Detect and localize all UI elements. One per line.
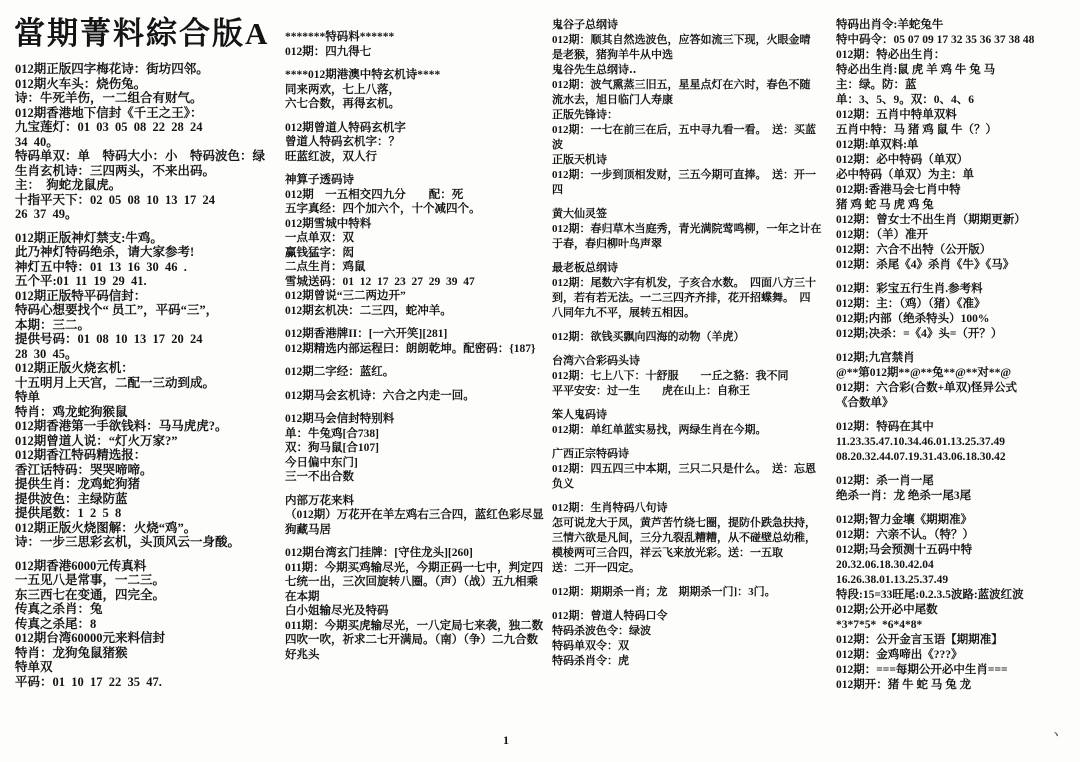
text-line: 赢钱猛字：闳 bbox=[285, 246, 547, 261]
text-line: 012期：一七在前三在后，五中寻九看一看。 送：买蓝 bbox=[552, 123, 834, 138]
text-line: 012期:单双料:单 bbox=[836, 138, 1078, 153]
text-line: 26 37 49。 bbox=[15, 207, 275, 222]
line-gap bbox=[552, 399, 834, 408]
text-line: 雪城送码：01 12 17 23 27 29 39 47 bbox=[285, 275, 547, 290]
text-line: 012期正版特平码信封： bbox=[15, 289, 275, 304]
text-line: 特码心想要找个“ 员工”，平码“三”， bbox=[15, 303, 275, 318]
text-line: 34 40。 bbox=[15, 135, 275, 150]
text-line: 白小姐输尽光及特码 bbox=[285, 604, 547, 619]
text-line: 单：牛兔鸡[合738] bbox=[285, 427, 547, 442]
text-line: 012期正版四字梅花诗：街坊四邻。 bbox=[15, 62, 275, 77]
text-line: 012期：曾道人特码口令 bbox=[552, 609, 834, 624]
text-line: 012期曾道人特码玄机字 bbox=[285, 121, 547, 136]
text-line: 此乃神灯特码绝杀，请大家参考! bbox=[15, 245, 275, 260]
text-line: 在本期 bbox=[285, 590, 547, 605]
text-line: 怎可说龙大于凤，黄芦苦竹绕七圈，提防仆跌急扶持， bbox=[552, 516, 834, 531]
text-line: 012期：必中特码（单双） bbox=[836, 153, 1078, 168]
text-line: 012期：杀尾《4》杀肖《牛》《马》 bbox=[836, 258, 1078, 273]
text-line: 012期曾说“三二两边开” bbox=[285, 289, 547, 304]
text-line: 诗：一步三思彩玄机，头顶风云一身酸。 bbox=[15, 535, 275, 550]
text-line: 012期正版火烧玄机： bbox=[15, 361, 275, 376]
text-line: 012期：生肖特码八句诗 bbox=[552, 501, 834, 516]
line-gap bbox=[552, 576, 834, 585]
text-line: 神灯五中特：01 13 16 30 46 . bbox=[15, 260, 275, 275]
text-line: 正版先锋诗： bbox=[552, 108, 834, 123]
text-line: 内部万花来料 bbox=[285, 494, 547, 509]
text-line: 双：狗马鼠[合107] bbox=[285, 441, 547, 456]
text-line: 012期：彩宝五行生肖.参考料 bbox=[836, 282, 1078, 297]
text-line: 提供生肖：龙鸡蛇狗猪 bbox=[15, 477, 275, 492]
text-line: 流水去，旭日临门人寿康 bbox=[552, 93, 834, 108]
text-line: 于春，春归柳叶鸟声翠 bbox=[552, 237, 834, 252]
text-line: 012期台湾60000元来料信封 bbox=[15, 631, 275, 646]
text-line: 黄大仙灵签 bbox=[552, 207, 834, 222]
line-gap bbox=[285, 537, 547, 546]
text-line: 五字真经：四个加六个，十个减四个。 bbox=[285, 202, 547, 217]
text-line: 012期：七上八下：十舒服 一丘之貉：我不同 bbox=[552, 369, 834, 384]
text-line: 四吹一吹，祈求二七开满局。（南）（争）二九合数 bbox=[285, 633, 547, 648]
text-line: 012期：四九得七 bbox=[285, 45, 547, 60]
text-line: 012期;内部（绝杀特头）100% bbox=[836, 312, 1078, 327]
text-line: 旺蓝红波，双人行 bbox=[285, 150, 547, 165]
text-line: 012期：===每期公开必中生肖=== bbox=[836, 663, 1078, 678]
text-line: 七统一出，三次回旋转八圈。（声）（战）五九相乘 bbox=[285, 575, 547, 590]
text-line: 特单 bbox=[15, 390, 275, 405]
text-line: 012期香港6000元传真料 bbox=[15, 559, 275, 574]
text-line: 012期：波气熏蒸三旧五，星星点灯在六时，春色不随 bbox=[552, 78, 834, 93]
text-line: 特码杀波色令：绿波 bbox=[552, 624, 834, 639]
text-line: 五肖中特：马 猪 鸡 鼠 牛（？） bbox=[836, 123, 1078, 138]
text-line: 011期：今期买鸡输尽光，今期正码一七中，判定四 bbox=[285, 561, 547, 576]
text-line: 012期香港第一手欲钱料：马马虎虎?。 bbox=[15, 419, 275, 434]
line-gap bbox=[552, 492, 834, 501]
text-line: 012期：顺其自然选波色，应答如流三下现，火眼金晴 bbox=[552, 33, 834, 48]
text-line: 特码杀肖令：虎 bbox=[552, 654, 834, 669]
text-line: 012期;九宫禁肖 bbox=[836, 351, 1078, 366]
text-line: 负义 bbox=[552, 477, 834, 492]
text-line: 波 bbox=[552, 138, 834, 153]
text-line: 绝杀一肖：龙 绝杀一尾3尾 bbox=[836, 489, 1078, 504]
text-line: 012期：特码在其中 bbox=[836, 420, 1078, 435]
text-line: 模棱两可三合四，祥云飞来放光彩。送：一五取 bbox=[552, 546, 834, 561]
line-gap bbox=[285, 164, 547, 173]
line-gap bbox=[552, 252, 834, 261]
text-line: 012期：欲钱买飘向四海的动物（羊虎） bbox=[552, 330, 834, 345]
line-gap bbox=[552, 198, 834, 207]
scan-artifact-mark: ヽ bbox=[1051, 726, 1061, 741]
text-line: 20.32.06.18.30.42.04 bbox=[836, 558, 1078, 573]
text-line: 提供尾数：1 2 5 8 bbox=[15, 506, 275, 521]
text-line: 012期：六亲不认。（特？） bbox=[836, 528, 1078, 543]
line-gap bbox=[15, 550, 275, 559]
text-line: 11.23.35.47.10.34.46.01.13.25.37.49 bbox=[836, 435, 1078, 450]
text-line: *3*7*5* *6*4*8* bbox=[836, 618, 1078, 633]
text-line: 16.26.38.01.13.25.37.49 bbox=[836, 573, 1078, 588]
column-3-poem-materials: 鬼谷子总纲诗012期：顺其自然选波色，应答如流三下现，火眼金晴是老猴，猪狗羊牛从… bbox=[552, 18, 834, 669]
text-line: 012期香港地下信封《千王之王》： bbox=[15, 106, 275, 121]
line-gap bbox=[836, 273, 1078, 282]
line-gap bbox=[285, 112, 547, 121]
text-line: 012期：一步到顶相发财，三五今期可直捧。 送：开一 bbox=[552, 168, 834, 183]
page-number: 1 bbox=[503, 733, 509, 748]
line-gap bbox=[285, 356, 547, 365]
text-line: 012期玄机决：二三四，蛇冲羊。 bbox=[285, 304, 547, 319]
text-line: 特码单双：单 特码大小：小 特码波色：绿 bbox=[15, 149, 275, 164]
text-line: 012期精选内部运程曰：朗朗乾坤。配密码：{187} bbox=[285, 342, 547, 357]
text-line: 012期：曾女士不出生肖（期期更新） bbox=[836, 213, 1078, 228]
text-line: 单：3、5、9。双：0、4、6 bbox=[836, 93, 1078, 108]
text-line: 曾道人特码玄机字：？ bbox=[285, 135, 547, 150]
text-line: 012期：五肖中特单双料 bbox=[836, 108, 1078, 123]
text-line: 特码出肖令:羊蛇兔牛 bbox=[836, 18, 1078, 33]
line-gap bbox=[552, 345, 834, 354]
text-line: 同来两欢，七上八落， bbox=[285, 83, 547, 98]
text-line: 六七合数，再得玄机。 bbox=[285, 97, 547, 112]
line-gap bbox=[15, 222, 275, 231]
text-line: 十指平天下：02 05 08 10 13 17 24 bbox=[15, 193, 275, 208]
text-line: 主：绿。防：蓝 bbox=[836, 78, 1078, 93]
text-line: 猪 鸡 蛇 马 虎 鸡 兔 bbox=[836, 198, 1078, 213]
text-line: 012期：六合彩(合数+单双)怪异公式 bbox=[836, 381, 1078, 396]
line-gap bbox=[836, 342, 1078, 351]
text-line: 三一不出合数 bbox=[285, 470, 547, 485]
page-title: 當期菁料綜合版A bbox=[14, 8, 269, 53]
lottery-tip-sheet-page: 當期菁料綜合版A 012期正版四字梅花诗：街坊四邻。012期火车头：烧伤兔。诗：… bbox=[0, 0, 1080, 762]
text-line: 笨人鬼码诗 bbox=[552, 408, 834, 423]
text-line: 012期台湾玄门挂牌：[守住龙头][260] bbox=[285, 546, 547, 561]
text-line: 九宝莲灯：01 03 05 08 22 28 24 bbox=[15, 120, 275, 135]
text-line: 平平安安：过一生 虎在山上：自称王 bbox=[552, 384, 834, 399]
text-line: 本期：三二。 bbox=[15, 318, 275, 333]
column-1-hongkong-materials: 012期正版四字梅花诗：街坊四邻。012期火车头：烧伤兔。诗：牛死羊伤，一二组合… bbox=[15, 62, 275, 689]
text-line: 012期：杀一肖一尾 bbox=[836, 474, 1078, 489]
text-line: 台湾六合彩码头诗 bbox=[552, 354, 834, 369]
text-line: 012期：尾数六字有机发，子亥合水数。 四面八方三十 bbox=[552, 276, 834, 291]
text-line: 正版天机诗 bbox=[552, 153, 834, 168]
text-line: 012期马会信封特别料 bbox=[285, 412, 547, 427]
text-line: 012期:香港马会七肖中特 bbox=[836, 183, 1078, 198]
text-line: 012期火车头：烧伤兔。 bbox=[15, 77, 275, 92]
line-gap bbox=[552, 600, 834, 609]
text-line: 012期：春归草木当庭秀，青光满院莺鸣柳，一年之计在 bbox=[552, 222, 834, 237]
text-line: 广西正宗特码诗 bbox=[552, 447, 834, 462]
text-line: 五个平:01 11 19 29 41. bbox=[15, 274, 275, 289]
text-line: 特必出生肖:鼠 虎 羊 鸡 牛 兔 马 bbox=[836, 63, 1078, 78]
text-line: 提供号码：01 08 10 13 17 20 24 bbox=[15, 332, 275, 347]
line-gap bbox=[552, 321, 834, 330]
text-line: 012期雪城中特料 bbox=[285, 217, 547, 232]
text-line: 二点生肖：鸡鼠 bbox=[285, 260, 547, 275]
text-line: 十五明月上天宫，二配一三动到成。 bbox=[15, 376, 275, 391]
text-line: 平码：01 10 17 22 35 47. bbox=[15, 675, 275, 690]
text-line: 特码单双令：双 bbox=[552, 639, 834, 654]
line-gap bbox=[285, 485, 547, 494]
column-2-special-code-materials: *******特码料******012期：四九得七****012期港澳中特玄机诗… bbox=[285, 30, 547, 662]
line-gap bbox=[285, 380, 547, 389]
text-line: 一五见八是常事，一二三。 bbox=[15, 573, 275, 588]
text-line: 012期正版神灯禁支:牛鸡。 bbox=[15, 231, 275, 246]
text-line: 鬼谷子总纲诗 bbox=[552, 18, 834, 33]
text-line: ****012期港澳中特玄机诗**** bbox=[285, 68, 547, 83]
text-line: 东三西七在变通，四完全。 bbox=[15, 588, 275, 603]
text-line: 012期：公开金言玉语【期期准】 bbox=[836, 633, 1078, 648]
text-line: 到，若有若无法。一二三四齐齐排，花开招蝶舞。 四 bbox=[552, 291, 834, 306]
text-line: 012期香江特码精选报： bbox=[15, 448, 275, 463]
text-line: （012期）万花开在羊左鸡右三合四，蓝红色彩尽显 bbox=[285, 508, 547, 523]
text-line: 012期：主：（鸡）（猪）《准》 bbox=[836, 297, 1078, 312]
text-line: 主： 狗蛇龙鼠虎。 bbox=[15, 178, 275, 193]
text-line: 012期：特必出生肖： bbox=[836, 48, 1078, 63]
text-line: 特单双 bbox=[15, 660, 275, 675]
text-line: 012期;智力金壤《期期准》 bbox=[836, 513, 1078, 528]
text-line: 四 bbox=[552, 183, 834, 198]
text-line: 012期：四五四三中本期，三只二只是什么。 送：忘恩 bbox=[552, 462, 834, 477]
line-gap bbox=[285, 318, 547, 327]
text-line: @**第012期**@**兔**@**对**@ bbox=[836, 366, 1078, 381]
text-line: 012期：六合不出特（公开版） bbox=[836, 243, 1078, 258]
text-line: 012期 一五相交四九分 配：死 bbox=[285, 188, 547, 203]
line-gap bbox=[836, 411, 1078, 420]
text-line: 今日偏中东门] bbox=[285, 456, 547, 471]
text-line: 神算子透码诗 bbox=[285, 173, 547, 188]
text-line: 好兆头 bbox=[285, 648, 547, 663]
text-line: 08.20.32.44.07.19.31.43.06.18.30.42 bbox=[836, 450, 1078, 465]
line-gap bbox=[285, 59, 547, 68]
text-line: 012期香港牌II：[一六开笑][281] bbox=[285, 327, 547, 342]
text-line: 传真之杀尾：8 bbox=[15, 617, 275, 632]
text-line: 特中码令：05 07 09 17 32 35 36 37 38 48 bbox=[836, 33, 1078, 48]
text-line: 最老板总纲诗 bbox=[552, 261, 834, 276]
text-line: 一点单双：双 bbox=[285, 231, 547, 246]
text-line: 诗：牛死羊伤，一二组合有财气。 bbox=[15, 91, 275, 106]
line-gap bbox=[285, 403, 547, 412]
text-line: *******特码料****** bbox=[285, 30, 547, 45]
text-line: 012期开：猪 牛 蛇 马 兔 龙 bbox=[836, 678, 1078, 693]
text-line: 011期：今期买虎输尽光，一八定局七来袭，独二数 bbox=[285, 619, 547, 634]
text-line: 三情六欲是凡间，三分九裂乱糟糟，从不碰壁总幼稚， bbox=[552, 531, 834, 546]
line-gap bbox=[836, 504, 1078, 513]
text-line: 012期曾道人说：“灯火万家?” bbox=[15, 434, 275, 449]
text-line: 狗藏马居 bbox=[285, 523, 547, 538]
text-line: 012期：单红单蓝实易找，两绿生肖在今期。 bbox=[552, 423, 834, 438]
text-line: 012期;决杀：=《4》头=（开？） bbox=[836, 327, 1078, 342]
text-line: 传真之杀肖：兔 bbox=[15, 602, 275, 617]
text-line: 八同年九不平，展转五相因。 bbox=[552, 306, 834, 321]
line-gap bbox=[836, 465, 1078, 474]
text-line: 012期;马会预测十五码中特 bbox=[836, 543, 1078, 558]
text-line: 特肖：鸡龙蛇狗猴鼠 bbox=[15, 405, 275, 420]
text-line: 提供波色：主绿防蓝 bbox=[15, 492, 275, 507]
text-line: 送：二开一四定。 bbox=[552, 561, 834, 576]
text-line: 012期;公开必中尾数 bbox=[836, 603, 1078, 618]
text-line: 012期：（羊）准开 bbox=[836, 228, 1078, 243]
text-line: 特肖：龙狗兔鼠猪猴 bbox=[15, 646, 275, 661]
text-line: 必中特码（单双）为主：单 bbox=[836, 168, 1078, 183]
text-line: 012期：金鸡啼出《???》 bbox=[836, 648, 1078, 663]
text-line: 特段:15=33旺尾:0.2.3.5波路:蓝波红波 bbox=[836, 588, 1078, 603]
text-line: 鬼谷先生总纲诗‥ bbox=[552, 63, 834, 78]
column-4-zodiac-orders: 特码出肖令:羊蛇兔牛特中码令：05 07 09 17 32 35 36 37 3… bbox=[836, 18, 1078, 693]
text-line: 是老猴，猪狗羊牛从中选 bbox=[552, 48, 834, 63]
text-line: 012期：期期杀一肖；龙 期期杀一门]：3门。 bbox=[552, 585, 834, 600]
line-gap bbox=[552, 438, 834, 447]
text-line: 生肖玄机诗：三四两头，不来出码。 bbox=[15, 164, 275, 179]
text-line: 012期正版火烧图解：火烧“鸡”。 bbox=[15, 521, 275, 536]
text-line: 《合数单》 bbox=[836, 396, 1078, 411]
text-line: 香江话特码：哭哭啼啼。 bbox=[15, 463, 275, 478]
text-line: 012期马会玄机诗：六合之内走一回。 bbox=[285, 389, 547, 404]
text-line: 012期二字经：蓝红。 bbox=[285, 365, 547, 380]
text-line: 28 30 45。 bbox=[15, 347, 275, 362]
